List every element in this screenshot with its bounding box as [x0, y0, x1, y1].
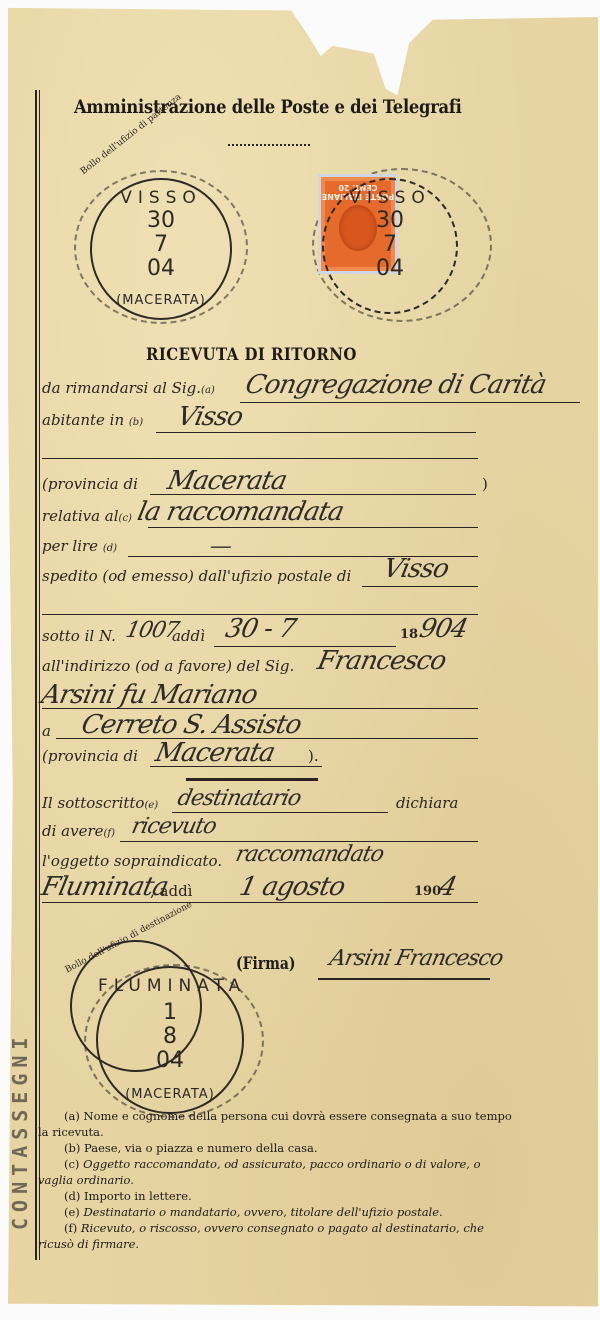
postmark-town: VISSO — [324, 188, 456, 208]
label-declares: dichiara — [396, 794, 458, 812]
postmark-town: VISSO — [92, 188, 230, 208]
value-year: 904 — [417, 614, 470, 644]
label-received: di avere(f) — [42, 822, 115, 840]
footnote-a: (a) Nome e cognome della persona cui dov… — [38, 1108, 518, 1140]
postmark-year: 04 — [324, 258, 456, 280]
value-relating-to: la raccomandata — [135, 497, 346, 527]
postmark-origin: VISSO 30 7 04 (MACERATA) — [90, 178, 232, 320]
field-line-return-to — [240, 402, 580, 403]
postmark-town: FLUMINATA — [98, 976, 242, 996]
postmark-day: 30 — [92, 210, 230, 232]
label-to: a — [42, 722, 51, 740]
footnote-e: (e) Destinatario o mandatario, ovvero, t… — [38, 1204, 518, 1220]
value-received: ricevuto — [129, 814, 218, 839]
side-stamp-text: CONTASSEGNI — [8, 130, 32, 1230]
header-title: Amministrazione delle Poste e dei Telegr… — [74, 96, 435, 118]
field-line-resident-in — [156, 432, 476, 433]
label-amount: per lire (d) — [42, 537, 117, 555]
label-province-2: (provincia di — [42, 747, 138, 765]
field-line-place-date — [42, 902, 478, 903]
value-province-2: Macerata — [153, 738, 277, 768]
signature-label: (Firma) — [236, 954, 296, 974]
value-province: Macerata — [165, 466, 289, 496]
year-prefix: 18 — [400, 627, 418, 642]
footnote-c: (c) Oggetto raccomandato, od assicurato,… — [38, 1156, 518, 1188]
province-close: ) — [482, 475, 488, 493]
label-province: (provincia di — [42, 475, 138, 493]
value-resident-in: Visso — [175, 402, 245, 432]
label-addi: , addì — [150, 882, 192, 900]
field-line-sent-from — [362, 586, 478, 587]
left-border-rule — [35, 90, 37, 1260]
postmark-day: 1 — [98, 1002, 242, 1024]
label-sent-from: spedito (od emesso) dall'ufizio postale … — [42, 567, 351, 585]
section-divider — [186, 778, 318, 781]
left-border-rule-inner — [39, 90, 40, 1260]
value-decl-date: 1 agosto — [237, 872, 347, 902]
label-number: sotto il N. — [42, 627, 116, 645]
label-return-to: da rimandarsi al Sig.(a) — [42, 379, 215, 397]
value-addressee-first: Francesco — [315, 646, 449, 676]
postmark-destination: FLUMINATA 1 8 04 (MACERATA) — [96, 966, 244, 1114]
label-date-addi: addì — [172, 627, 205, 645]
form-title: RICEVUTA DI RITORNO — [146, 345, 357, 365]
footnote-d: (d) Importo in lettere. — [38, 1188, 518, 1204]
value-addressee-second: Arsini fu Mariano — [39, 680, 260, 710]
label-address-of: all'indirizzo (od a favore) del Sig. — [42, 657, 294, 675]
label-object: l'oggetto sopraindicato. — [42, 852, 222, 870]
value-object: raccomandato — [233, 842, 385, 867]
value-signer: destinatario — [175, 786, 303, 811]
postmark-province: (MACERATA) — [92, 293, 230, 308]
postmark-month: 8 — [98, 1026, 242, 1048]
postmark-year: 04 — [92, 258, 230, 280]
field-line-blank — [42, 458, 478, 459]
value-sent-from: Visso — [381, 554, 451, 584]
postmark-month: 7 — [324, 234, 456, 256]
label-resident-in: abitante in (b) — [42, 411, 143, 429]
postmark-year: 04 — [98, 1050, 242, 1072]
value-to: Cerreto S. Assisto — [79, 710, 304, 740]
footnote-b: (b) Paese, via o piazza e numero della c… — [38, 1140, 518, 1156]
label-signer: Il sottoscritto(e) — [42, 794, 158, 812]
title-ornament — [228, 138, 310, 146]
signature-line — [318, 978, 490, 980]
footnotes: (a) Nome e cognome della persona cui dov… — [38, 1108, 518, 1252]
signature-value: Arsini Francesco — [327, 946, 505, 971]
postmark-month: 7 — [92, 234, 230, 256]
value-date: 30 - 7 — [223, 614, 298, 644]
province-close-2: ). — [308, 747, 319, 765]
postmark-origin-second: VISSO 30 7 04 — [322, 178, 458, 314]
postmark-day: 30 — [324, 210, 456, 232]
label-relating-to: relativa al(c) — [42, 507, 132, 525]
value-return-to: Congregazione di Carità — [243, 370, 549, 400]
field-line-signer — [172, 812, 388, 813]
postmark-province: (MACERATA) — [98, 1087, 242, 1102]
footnote-f: (f) Ricevuto, o riscosso, ovvero consegn… — [38, 1220, 518, 1252]
field-line-relating-to — [148, 527, 478, 528]
